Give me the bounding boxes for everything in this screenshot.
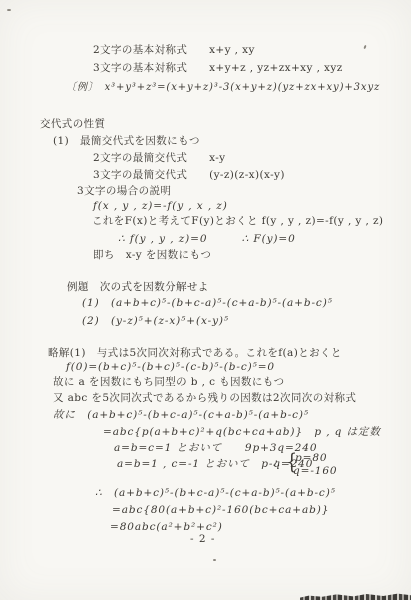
line-basic-symmetric-3vars: 3文字の基本対称式 x+y+z , yz+zx+xy , xyz <box>93 62 343 74</box>
scan-speckle <box>363 45 366 49</box>
line-solution-intro: 略解(1) 与式は5次同次対称式である。これをf(a)とおくと <box>48 347 342 359</box>
line-solution-final2: =abc{80(a+b+c)²-160(bc+ca+ab)} <box>112 504 329 516</box>
scan-speckle <box>213 559 216 561</box>
page-number: - 2 - <box>190 533 215 545</box>
line-alternating-eq2: これをF(x)と考えてF(y)とおくと f(y , y , z)=-f(y , … <box>92 215 383 227</box>
line-alternating-item1: (1) 最簡交代式を因数にもつ <box>53 135 200 147</box>
line-q-value: q=-160 <box>293 465 338 477</box>
line-solution-step4: 故に (a+b+c)⁵-(b+c-a)⁵-(c+a-b)⁵-(a+b-c)⁵ <box>53 409 309 421</box>
line-solution-step2: 故に a を因数にもち同型の b , c も因数にもつ <box>53 376 285 388</box>
line-solution-final1: ∴ (a+b+c)⁵-(b+c-a)⁵-(c+a-b)⁵-(a+b-c)⁵ <box>95 487 336 499</box>
line-solution-step5: =abc{p(a+b+c)²+q(bc+ca+ab)} p , q は定数 <box>103 426 381 438</box>
line-solution-step1: f(0)=(b+c)⁵-(b+c)⁵-(c-b)⁵-(b-c)⁵=0 <box>66 361 275 373</box>
line-solution-final3: =80abc(a²+b²+c²) <box>110 521 223 533</box>
line-alternating-eq1: f(x , y , z)=-f(y , x , z) <box>93 200 228 212</box>
line-simplest-2vars: 2文字の最簡交代式 x-y <box>93 152 226 164</box>
line-solution-case2: a=b=1 , c=-1 とおいて p-q=240 <box>117 458 313 470</box>
line-alternating-conclusion: 即ち x-y を因数にもつ <box>93 249 211 261</box>
document-page: 2文字の基本対称式 x+y , xy 3文字の基本対称式 x+y+z , yz+… <box>0 0 411 600</box>
scan-edge-artifact <box>300 592 411 600</box>
line-alternating-eq3: ∴ f(y , y , z)=0 ∴ F(y)=0 <box>118 233 296 245</box>
line-p-value: p=80 <box>295 452 327 464</box>
line-symmetric-example: 〔例〕 x³+y³+z³=(x+y+z)³-3(x+y+z)(yz+zx+xy)… <box>66 82 380 94</box>
therefore-sign: ∴ <box>273 458 280 470</box>
line-simplest-3vars: 3文字の最簡交代式 (y-z)(z-x)(x-y) <box>93 169 285 181</box>
section-heading-alternating: 交代式の性質 <box>40 118 105 130</box>
line-basic-symmetric-2vars: 2文字の基本対称式 x+y , xy <box>93 44 255 56</box>
line-example-item1: (1) (a+b+c)⁵-(b+c-a)⁵-(c+a-b)⁵-(a+b-c)⁵ <box>82 297 333 309</box>
line-case3-heading: 3文字の場合の説明 <box>77 185 171 197</box>
line-example-heading: 例題 次の式を因数分解せよ <box>67 281 209 293</box>
line-solution-step3: 又 abc を5次同次式であるから残りの因数は2次同次の対称式 <box>53 392 356 404</box>
scan-speckle <box>7 9 11 11</box>
line-example-item2: (2) (y-z)⁵+(z-x)⁵+(x-y)⁵ <box>82 315 229 327</box>
